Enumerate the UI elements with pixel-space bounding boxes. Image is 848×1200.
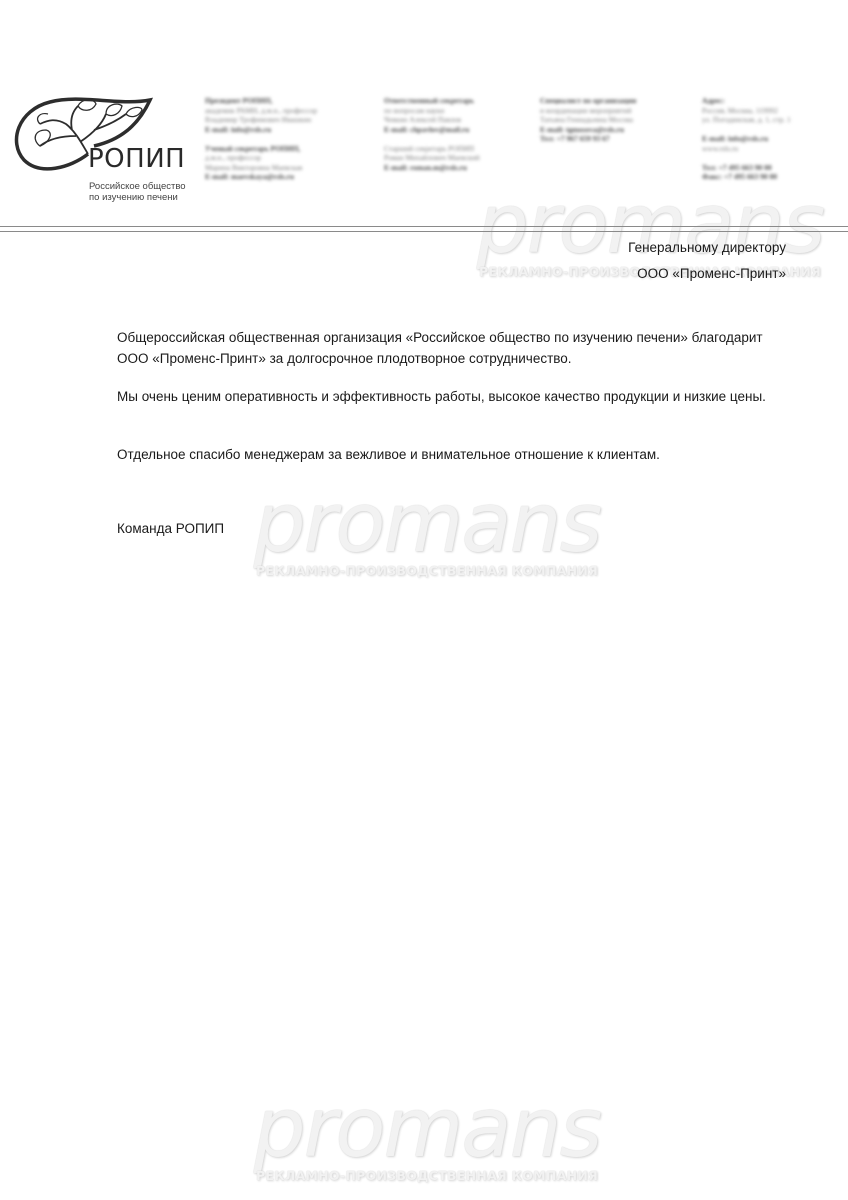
- header-line: E-mail: info@rsls.ru: [205, 125, 375, 135]
- header-line: и координации мероприятий: [540, 106, 690, 116]
- header-line: Ученый секретарь РОПИП,: [205, 144, 375, 154]
- header-line: Чевкин Алексей Павлов: [384, 115, 534, 125]
- signature: Команда РОПИП: [117, 518, 787, 539]
- logo-subtitle-line1: Российское общество: [89, 181, 186, 192]
- header-line: Владимир Трофимович Ивашкин: [205, 115, 375, 125]
- header-rule: [0, 231, 848, 232]
- header-column-events: Специалист по организациии координации м…: [540, 96, 690, 144]
- header-column-president: Президент РОПИП,академик РАМН, д.м.н., п…: [205, 96, 375, 182]
- header-line: Адрес:: [702, 96, 832, 106]
- header-line: Старший секретарь РОПИП: [384, 144, 534, 154]
- body-paragraph-3: Отдельное спасибо менеджерам за вежливое…: [117, 444, 787, 465]
- header-rule: [0, 226, 848, 227]
- logo-title: РОПИП: [88, 144, 185, 174]
- header-line: Россия, Москва, 119992: [702, 106, 832, 116]
- watermark: promans РЕКЛАМНО-ПРОИЗВОДСТВЕННАЯ КОМПАН…: [232, 1090, 622, 1183]
- recipient-company: ООО «Променс-Принт»: [637, 266, 786, 281]
- header-line: Тел: +7 967 659 93 67: [540, 134, 690, 144]
- watermark-tagline: РЕКЛАМНО-ПРОИЗВОДСТВЕННАЯ КОМПАНИЯ: [232, 1168, 622, 1183]
- header-line: по вопросам науки: [384, 106, 534, 116]
- header-line: Тел: +7 495 663 90 00: [702, 163, 832, 173]
- header-line: E-mail: info@rsls.ru: [702, 134, 832, 144]
- body-paragraph-2: Мы очень ценим оперативность и эффективн…: [117, 386, 787, 407]
- header-line: Специалист по организации: [540, 96, 690, 106]
- header-line: Факс: +7 495 663 90 00: [702, 172, 832, 182]
- header-line: Ответственный секретарь: [384, 96, 534, 106]
- header-column-secretary: Ответственный секретарьпо вопросам науки…: [384, 96, 534, 172]
- header-line: академик РАМН, д.м.н., профессор: [205, 106, 375, 116]
- header-line: E-mail: tgmosova@rsls.ru: [540, 125, 690, 135]
- header-line: E-mail: chpavlov@mail.ru: [384, 125, 534, 135]
- header-line: [384, 134, 534, 144]
- header-line: Марина Викторовна Маевская: [205, 163, 375, 173]
- header-line: www.rsls.ru: [702, 144, 832, 154]
- body-paragraph-1: Общероссийская общественная организация …: [117, 327, 787, 369]
- recipient-title: Генеральному директору: [628, 240, 786, 255]
- header-line: E-mail: maevskaya@rsls.ru: [205, 172, 375, 182]
- watermark-brand: promans: [232, 1090, 622, 1168]
- header-column-address: Адрес:Россия, Москва, 119992ул. Погодинс…: [702, 96, 832, 182]
- watermark-tagline: РЕКЛАМНО-ПРОИЗВОДСТВЕННАЯ КОМПАНИЯ: [232, 563, 622, 578]
- header-line: Роман Михайлович Маевский: [384, 153, 534, 163]
- header-line: [205, 134, 375, 144]
- header-line: д.м.н., профессор: [205, 153, 375, 163]
- header-line: Президент РОПИП,: [205, 96, 375, 106]
- header-line: ул. Погодинская, д. 1, стр. 1: [702, 115, 832, 125]
- header-line: Татьяна Геннадьевна Мосова: [540, 115, 690, 125]
- header-line: [702, 153, 832, 163]
- header-line: E-mail: roman.m@rsls.ru: [384, 163, 534, 173]
- logo-subtitle-line2: по изучению печени: [89, 192, 186, 203]
- header-line: [702, 125, 832, 135]
- logo-subtitle: Российское общество по изучению печени: [89, 181, 186, 203]
